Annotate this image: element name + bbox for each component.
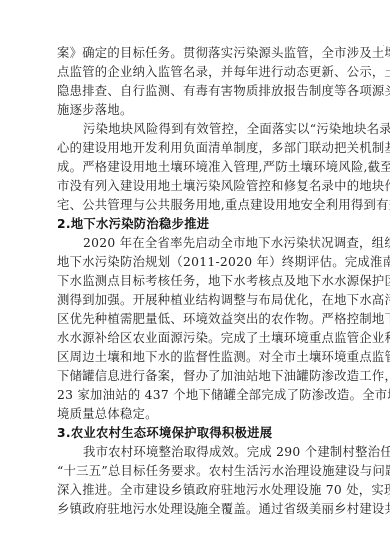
paragraph-start: 2020 年在全省率先启动全市地下水污染状况调查，组织实施了 — [57, 234, 331, 253]
text-line: 隐患排查、自行监测、有毒有害物质排放报告制度等各项源头防治措 — [57, 82, 331, 101]
text-line: 地下水污染防治规划（2011-2020 年）终期评估。完成淮南市国控地 — [57, 253, 331, 272]
text-line: “十三五”总目标任务要求。农村生活污水治理设施建设与问题整改 — [57, 462, 331, 481]
text-line: 水水源补给区农业面源污染。完成了土壤环境重点监管企业和工业园 — [57, 329, 331, 348]
text-line: 市没有列入建设用地土壤污染风险管控和修复名录中的地块作为住 — [57, 177, 331, 196]
section-heading-agriculture: 3.农业农村生态环境保护取得积极进展 — [57, 424, 331, 443]
text-line: 点监管的企业纳入监管名录，并每年进行动态更新、公示，土壤污染 — [57, 63, 331, 82]
text-line: 心的建设用地开发利用负面清单制度，多部门联动把关机制基本形 — [57, 139, 331, 158]
text-line: 深入推进。全市建设乡镇政府驻地污水处理设施 70 处，实现了全市 — [57, 481, 331, 500]
scan-speck — [195, 222, 196, 223]
text-line: 施逐步落地。 — [57, 101, 331, 120]
text-line: 下水监测点目标考核任务，地下水考核点及地下水水源保护区环境监 — [57, 272, 331, 291]
section-heading-groundwater: 2.地下水污染防治稳步推进 — [57, 215, 331, 234]
text-line: 案》确定的目标任务。贯彻落实污染源头监管，全市涉及土壤污染重 — [57, 44, 331, 63]
text-line: 成。严格建设用地土壤环境准入管理,严防土壤环境风险,截至目前我 — [57, 158, 331, 177]
scan-speck — [195, 513, 196, 514]
text-line: 境质量总体稳定。 — [57, 405, 331, 424]
text-line: 区优先种植需肥量低、环境效益突出的农作物。严格控制地下水饮用 — [57, 310, 331, 329]
text-line: 23 家加油站的 437 个地下储罐全部完成了防渗改造。全市地下水环 — [57, 386, 331, 405]
text-line: 宅、公共管理与公共服务用地,重点建设用地安全利用得到有效保障。 — [57, 196, 331, 215]
scan-speck — [383, 45, 384, 46]
document-body: 案》确定的目标任务。贯彻落实污染源头监管，全市涉及土壤污染重 点监管的企业纳入监… — [57, 44, 331, 519]
text-line: 区周边土壤和地下水的监督性监测。对全市土壤环境重点监管单位地 — [57, 348, 331, 367]
text-line: 下储罐信息进行备案，督办了加油站地下油罐防渗改造工作，全市 1 — [57, 367, 331, 386]
text-line: 测得到加强。开展种植业结构调整与布局优化，在地下水高污染风险 — [57, 291, 331, 310]
paragraph-start: 我市农村环境整治取得成效。完成 290 个建制村整治任务，达到 — [57, 443, 331, 462]
paragraph-start: 污染地块风险得到有效管控，全面落实以“污染地块名录”为核 — [57, 120, 331, 139]
